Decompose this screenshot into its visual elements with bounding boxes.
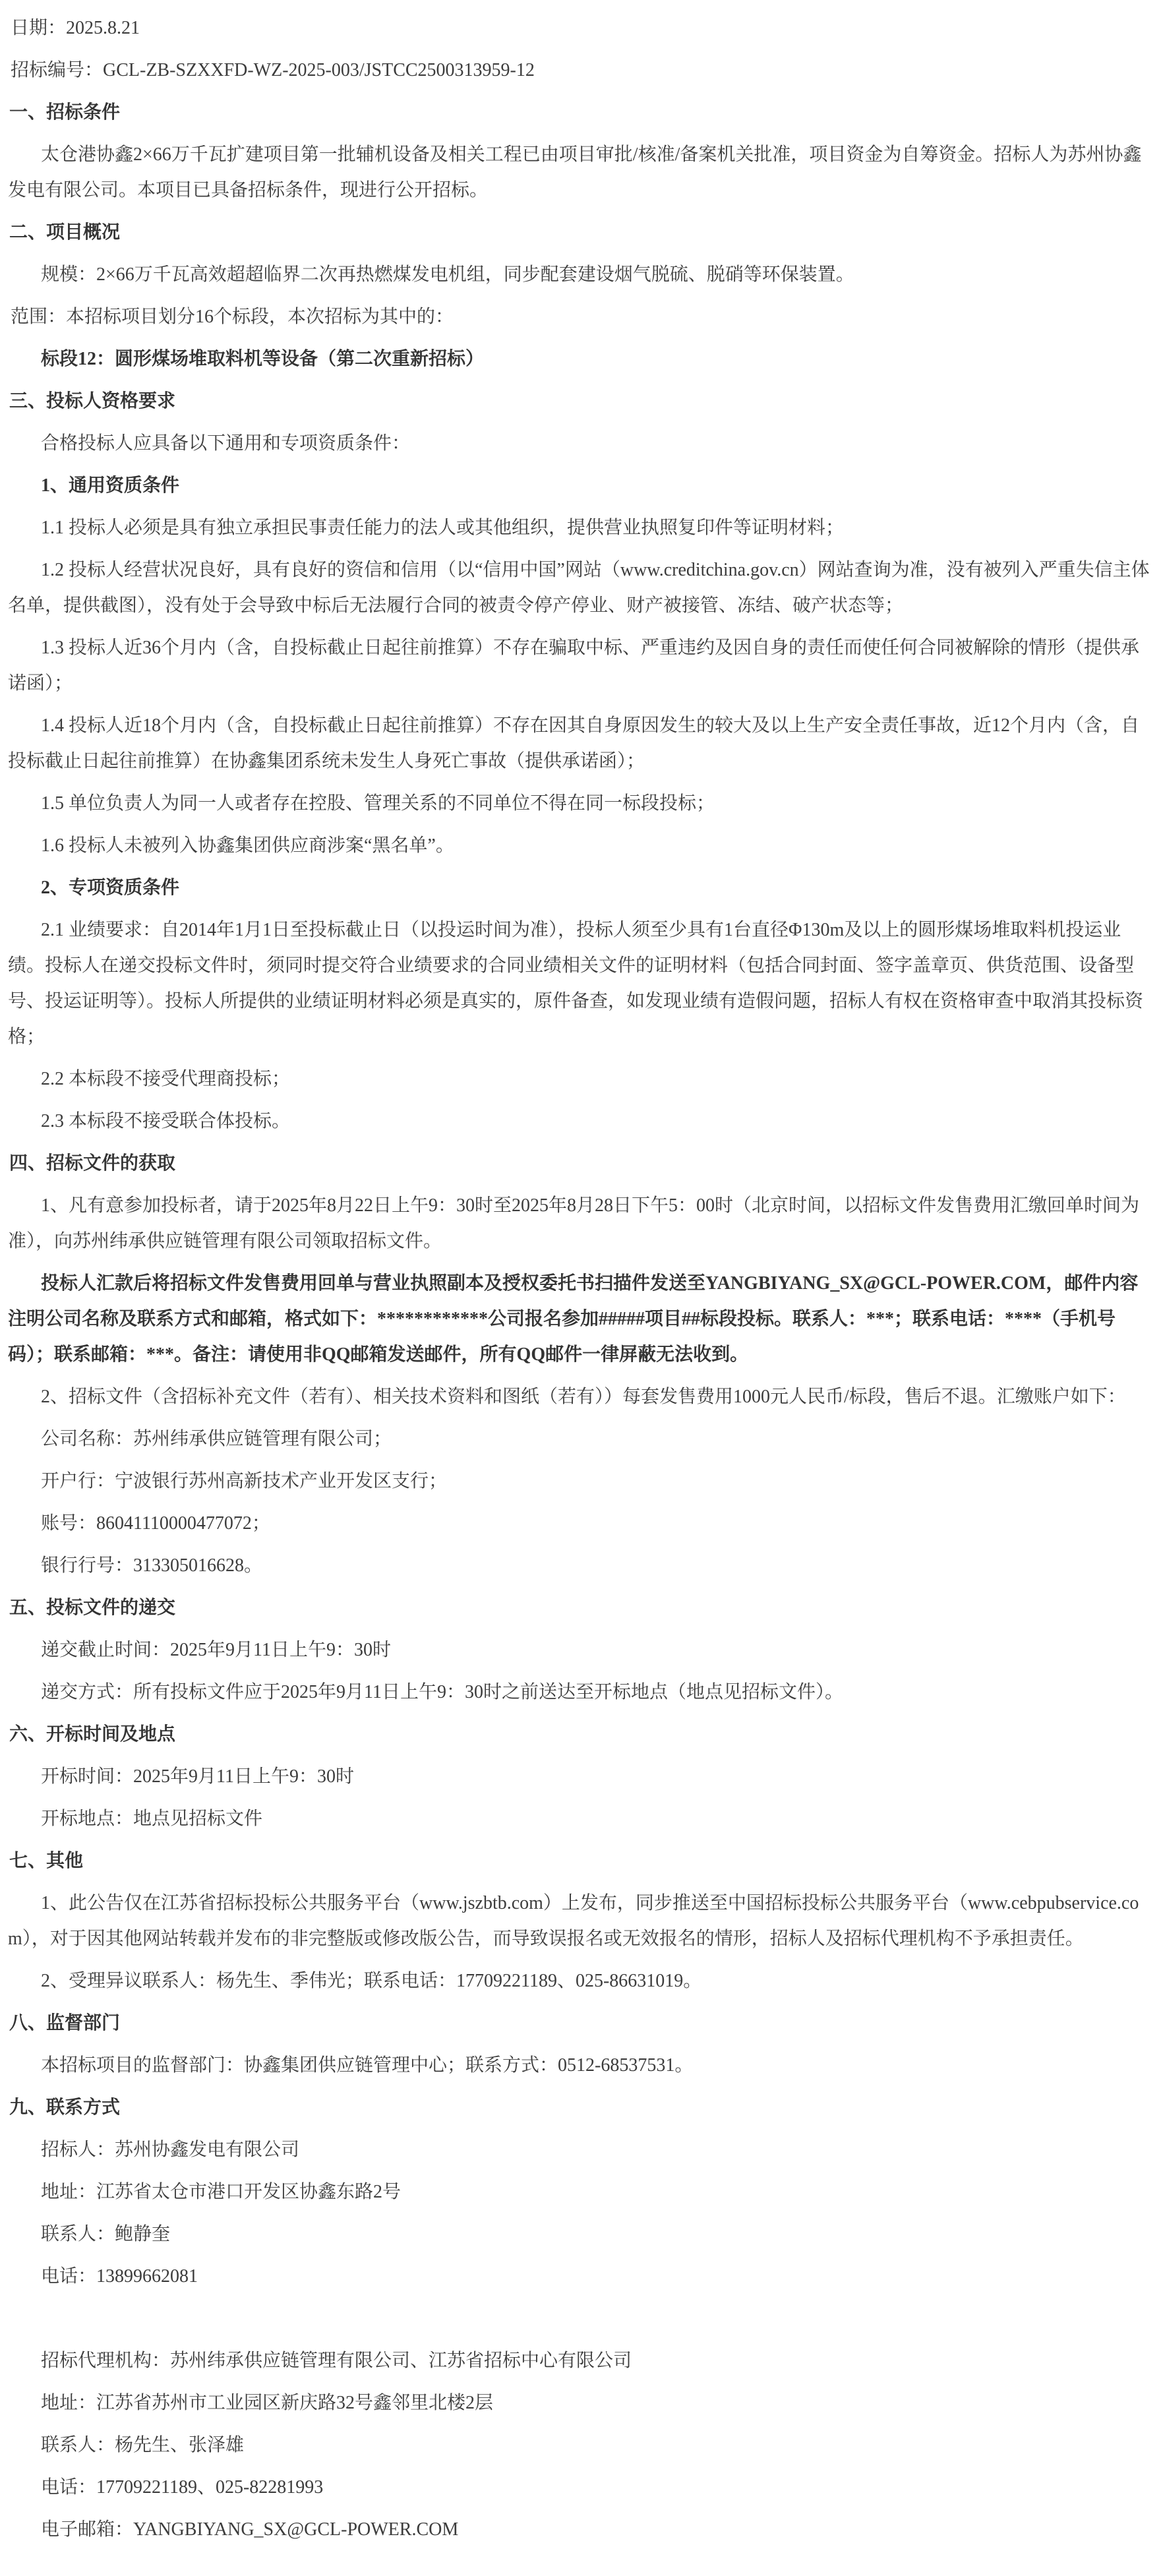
account-company-name-text: 公司名称：苏州纬承供应链管理有限公司； bbox=[8, 1422, 1154, 1457]
section-1-heading: 一、招标条件 bbox=[8, 95, 1154, 131]
clause-1-2-text: 1.2 投标人经营状况良好，具有良好的资信和信用（以“信用中国”网站（www.c… bbox=[8, 553, 1154, 624]
section-4-heading: 四、招标文件的获取 bbox=[8, 1146, 1154, 1182]
tender-number-line: 招标编号：GCL-ZB-SZXXFD-WZ-2025-003/JSTCC2500… bbox=[8, 53, 1154, 88]
bid-section-12-text: 标段12：圆形煤场堆取料机等设备（第二次重新招标） bbox=[8, 342, 1154, 377]
section-5-heading: 五、投标文件的递交 bbox=[8, 1590, 1154, 1626]
opening-place-text: 开标地点：地点见招标文件 bbox=[8, 1801, 1154, 1837]
qualification-intro-text: 合格投标人应具备以下通用和专项资质条件： bbox=[8, 426, 1154, 462]
project-scope-text: 范围：本招标项目划分16个标段，本次招标为其中的： bbox=[8, 299, 1154, 335]
date-line: 日期：2025.8.21 bbox=[8, 11, 1154, 46]
clause-1-3-text: 1.3 投标人近36个月内（含，自投标截止日起往前推算）不存在骗取中标、严重违约… bbox=[8, 630, 1154, 702]
section-9-heading: 九、联系方式 bbox=[8, 2090, 1154, 2126]
clause-1-4-text: 1.4 投标人近18个月内（含，自投标截止日起往前推算）不存在因其自身原因发生的… bbox=[8, 708, 1154, 779]
agency-email-text: 电子邮箱：YANGBIYANG_SX@GCL-POWER.COM bbox=[8, 2512, 1154, 2548]
tender-conditions-text: 太仓港协鑫2×66万千瓦扩建项目第一批辅机设备及相关工程已由项目审批/核准/备案… bbox=[8, 137, 1154, 208]
section-6-heading: 六、开标时间及地点 bbox=[8, 1717, 1154, 1752]
section-3-heading: 三、投标人资格要求 bbox=[8, 384, 1154, 419]
section-7-heading: 七、其他 bbox=[8, 1843, 1154, 1879]
agency-name-text: 招标代理机构：苏州纬承供应链管理有限公司、江苏省招标中心有限公司 bbox=[8, 2343, 1154, 2379]
supervision-department-text: 本招标项目的监督部门：协鑫集团供应链管理中心；联系方式：0512-6853753… bbox=[8, 2048, 1154, 2083]
clause-2-3-text: 2.3 本标段不接受联合体投标。 bbox=[8, 1104, 1154, 1139]
special-qualification-subheading: 2、专项资质条件 bbox=[8, 870, 1154, 906]
other-item-2-text: 2、受理异议联系人：杨先生、季伟光；联系电话：17709221189、025-8… bbox=[8, 1963, 1154, 1999]
submission-deadline-text: 递交截止时间：2025年9月11日上午9：30时 bbox=[8, 1632, 1154, 1668]
agency-phone-text: 电话：17709221189、025-82281993 bbox=[8, 2470, 1154, 2505]
clause-1-1-text: 1.1 投标人必须是具有独立承担民事责任能力的法人或其他组织，提供营业执照复印件… bbox=[8, 510, 1154, 546]
document-body: 日期：2025.8.21招标编号：GCL-ZB-SZXXFD-WZ-2025-0… bbox=[8, 11, 1154, 2548]
document-obtain-item-1-text: 1、凡有意参加投标者，请于2025年8月22日上午9：30时至2025年8月28… bbox=[8, 1188, 1154, 1259]
agency-contact-text: 联系人：杨先生、张泽雄 bbox=[8, 2428, 1154, 2463]
blank-line-spacer bbox=[8, 2301, 1154, 2343]
opening-time-text: 开标时间：2025年9月11日上午9：30时 bbox=[8, 1759, 1154, 1795]
tenderee-address-text: 地址：江苏省太仓市港口开发区协鑫东路2号 bbox=[8, 2174, 1154, 2210]
general-qualification-subheading: 1、通用资质条件 bbox=[8, 468, 1154, 504]
account-bank-text: 开户行：宁波银行苏州高新技术产业开发区支行； bbox=[8, 1464, 1154, 1499]
section-8-heading: 八、监督部门 bbox=[8, 2006, 1154, 2041]
agency-address-text: 地址：江苏省苏州市工业园区新庆路32号鑫邻里北楼2层 bbox=[8, 2385, 1154, 2421]
project-scale-text: 规模：2×66万千瓦高效超超临界二次再热燃煤发电机组，同步配套建设烟气脱硫、脱硝… bbox=[8, 257, 1154, 293]
tenderee-contact-text: 联系人：鲍静奎 bbox=[8, 2217, 1154, 2252]
submission-method-text: 递交方式：所有投标文件应于2025年9月11日上午9：30时之前送达至开标地点（… bbox=[8, 1675, 1154, 1710]
section-2-heading: 二、项目概况 bbox=[8, 215, 1154, 251]
clause-1-6-text: 1.6 投标人未被列入协鑫集团供应商涉案“黑名单”。 bbox=[8, 828, 1154, 864]
document-obtain-item-2-text: 2、招标文件（含招标补充文件（若有）、相关技术资料和图纸（若有））每套发售费用1… bbox=[8, 1379, 1154, 1415]
clause-2-2-text: 2.2 本标段不接受代理商投标； bbox=[8, 1062, 1154, 1097]
clause-2-1-text: 2.1 业绩要求：自2014年1月1日至投标截止日（以投运时间为准），投标人须至… bbox=[8, 913, 1154, 1055]
tenderee-name-text: 招标人：苏州协鑫发电有限公司 bbox=[8, 2132, 1154, 2168]
clause-1-5-text: 1.5 单位负责人为同一人或者存在控股、管理关系的不同单位不得在同一标段投标； bbox=[8, 786, 1154, 822]
account-number-text: 账号：86041110000477072； bbox=[8, 1506, 1154, 1542]
remittance-email-notice-text: 投标人汇款后将招标文件发售费用回单与营业执照副本及授权委托书扫描件发送至YANG… bbox=[8, 1266, 1154, 1373]
bank-code-text: 银行行号：313305016628。 bbox=[8, 1548, 1154, 1584]
other-item-1-text: 1、此公告仅在江苏省招标投标公共服务平台（www.jszbtb.com）上发布，… bbox=[8, 1886, 1154, 1957]
tenderee-phone-text: 电话：13899662081 bbox=[8, 2259, 1154, 2294]
tender-announcement-document: 日期：2025.8.21招标编号：GCL-ZB-SZXXFD-WZ-2025-0… bbox=[0, 0, 1163, 2576]
